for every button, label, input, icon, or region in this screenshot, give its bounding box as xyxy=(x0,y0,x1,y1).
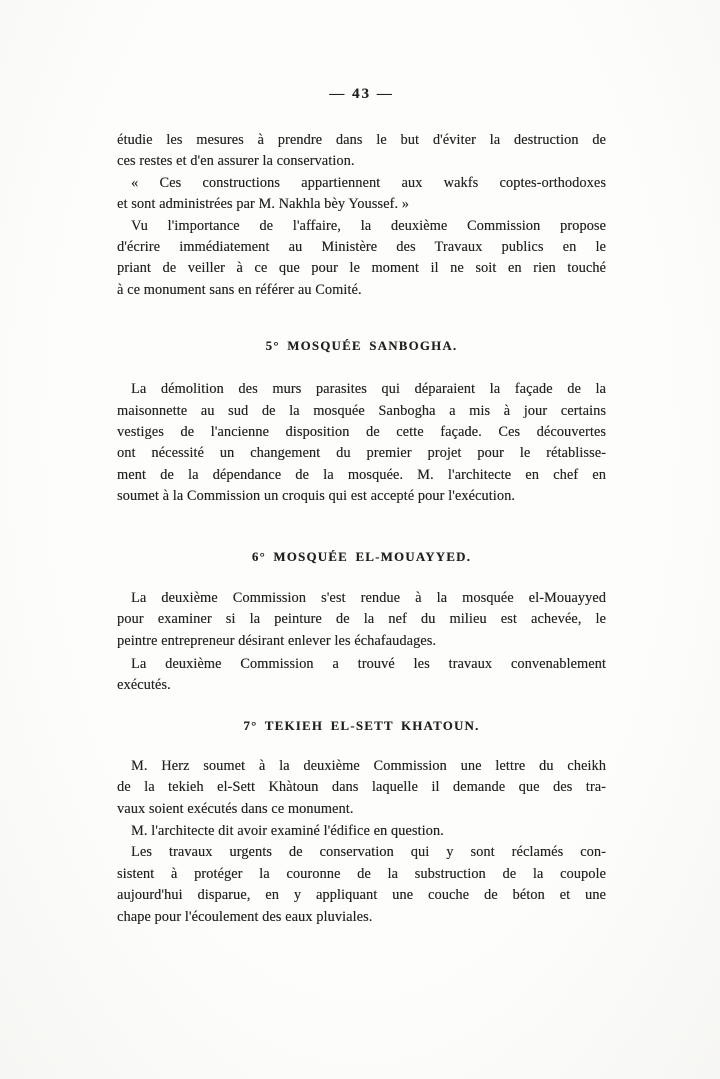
paragraph-quote-wakfs: « Ces constructions appartiennent aux wa… xyxy=(117,173,606,216)
page-number: — 43 — xyxy=(117,86,606,103)
paragraph-mouayyed-verdict: La deuxième Commission a trouvé les trav… xyxy=(117,654,606,697)
text-column: étudie les mesures à prendre dans le but… xyxy=(117,130,606,928)
paragraph-khatoun-travaux: Les travaux urgents de conservation qui … xyxy=(117,842,606,928)
section-heading-5-mosquee-sanbogha: 5° MOSQUÉE SANBOGHA. xyxy=(117,338,606,354)
paragraph-continuation: étudie les mesures à prendre dans le but… xyxy=(117,130,606,173)
paragraph-mouayyed-visit: La deuxième Commission s'est rendue à la… xyxy=(117,588,606,652)
scanned-book-page: — 43 — étudie les mesures à prendre dans… xyxy=(0,0,720,1079)
paragraph-sanbogha: La démolition des murs parasites qui dép… xyxy=(117,379,606,507)
section-heading-6-mosquee-el-mouayyed: 6° MOSQUÉE EL-MOUAYYED. xyxy=(117,549,606,565)
paragraph-vu-importance: Vu l'importance de l'affaire, la deuxièm… xyxy=(117,216,606,302)
section-heading-7-tekieh-el-sett-khatoun: 7° TEKIEH EL-SETT KHATOUN. xyxy=(117,718,606,734)
paragraph-khatoun-letter: M. Herz soumet à la deuxième Commission … xyxy=(117,756,606,820)
paragraph-khatoun-architecte: M. l'architecte dit avoir examiné l'édif… xyxy=(117,821,606,842)
